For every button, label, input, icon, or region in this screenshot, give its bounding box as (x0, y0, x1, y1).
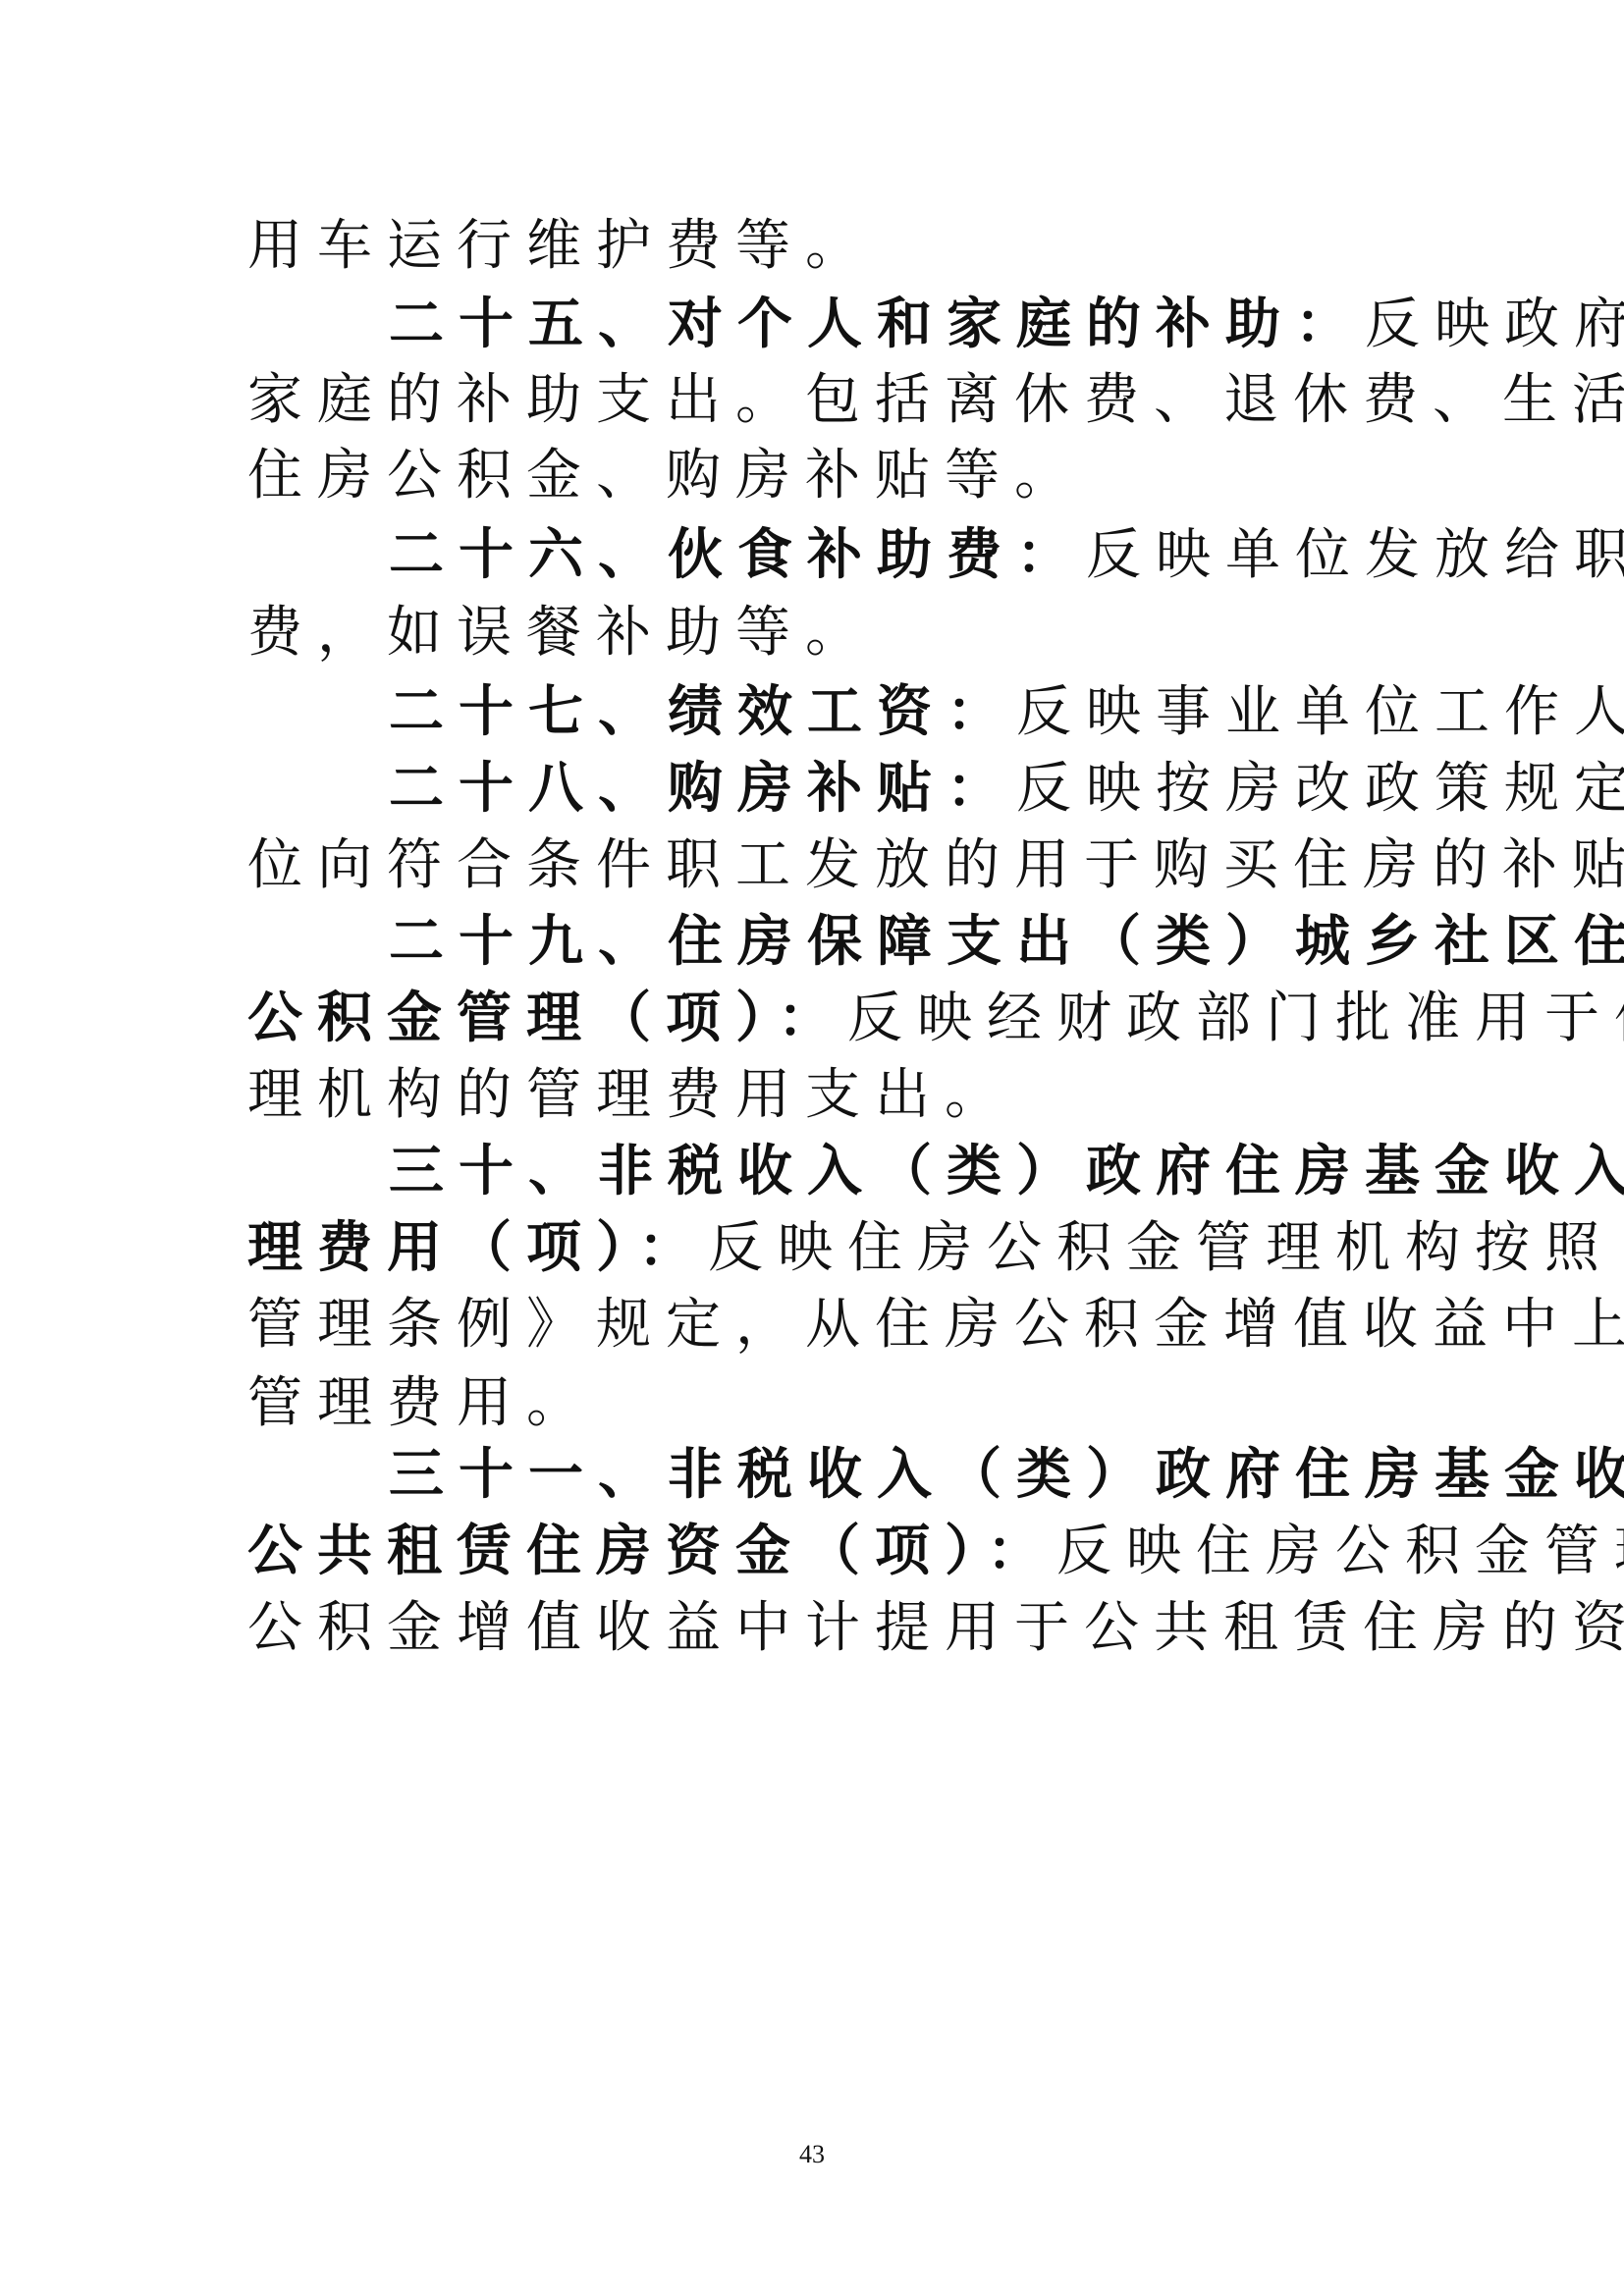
paragraph-line: 理费用（项）：反映住房公积金管理机构按照《住房公积金 (247, 1210, 1396, 1287)
paragraph-line: 家庭的补助支出。包括离休费、退休费、生活补助、医疗费、 (247, 362, 1396, 439)
paragraph-heading-30: 三十、非税收入（类）政府住房基金收入（款）上缴管 (389, 1134, 1396, 1210)
paragraph-line: 理机构的管理费用支出。 (247, 1057, 1396, 1134)
page-number: 43 (0, 2140, 1624, 2169)
document-page: 用车运行维护费等。 二十五、对个人和家庭的补助：反映政府用于对个人和 家庭的补助… (0, 0, 1624, 2296)
paragraph-heading-27: 二十七、绩效工资：反映事业单位工作人员的绩效工资。 (389, 674, 1396, 751)
paragraph-line: 位向符合条件职工发放的用于购买住房的补贴。 (247, 828, 1396, 904)
paragraph-line: 公共租赁住房资金（项）：反映住房公积金管理机构从住房 (247, 1514, 1396, 1590)
paragraph-line: 公积金管理（项）：反映经财政部门批准用于住房公积金管 (247, 981, 1396, 1057)
paragraph-heading-31: 三十一、非税收入（类）政府住房基金收入（款）计提 (389, 1437, 1396, 1514)
paragraph-line: 管理费用。 (247, 1365, 1396, 1442)
paragraph-heading-26: 二十六、伙食补助费：反映单位发放给职工的伙食补助 (389, 517, 1396, 594)
paragraph-heading-29: 二十九、住房保障支出（类）城乡社区住宅（款）住房 (389, 904, 1396, 981)
paragraph-line: 费，如误餐补助等。 (247, 595, 1396, 671)
paragraph-line: 用车运行维护费等。 (247, 208, 1396, 285)
paragraph-heading-25: 二十五、对个人和家庭的补助：反映政府用于对个人和 (389, 287, 1396, 363)
paragraph-line: 住房公积金、购房补贴等。 (247, 438, 1396, 514)
paragraph-heading-28: 二十八、购房补贴：反映按房改政策规定，行政事业单 (389, 751, 1396, 828)
paragraph-line: 管理条例》规定，从住房公积金增值收益中上缴同级财政的 (247, 1287, 1396, 1363)
paragraph-line: 公积金增值收益中计提用于公共租赁住房的资金。 (247, 1590, 1396, 1667)
